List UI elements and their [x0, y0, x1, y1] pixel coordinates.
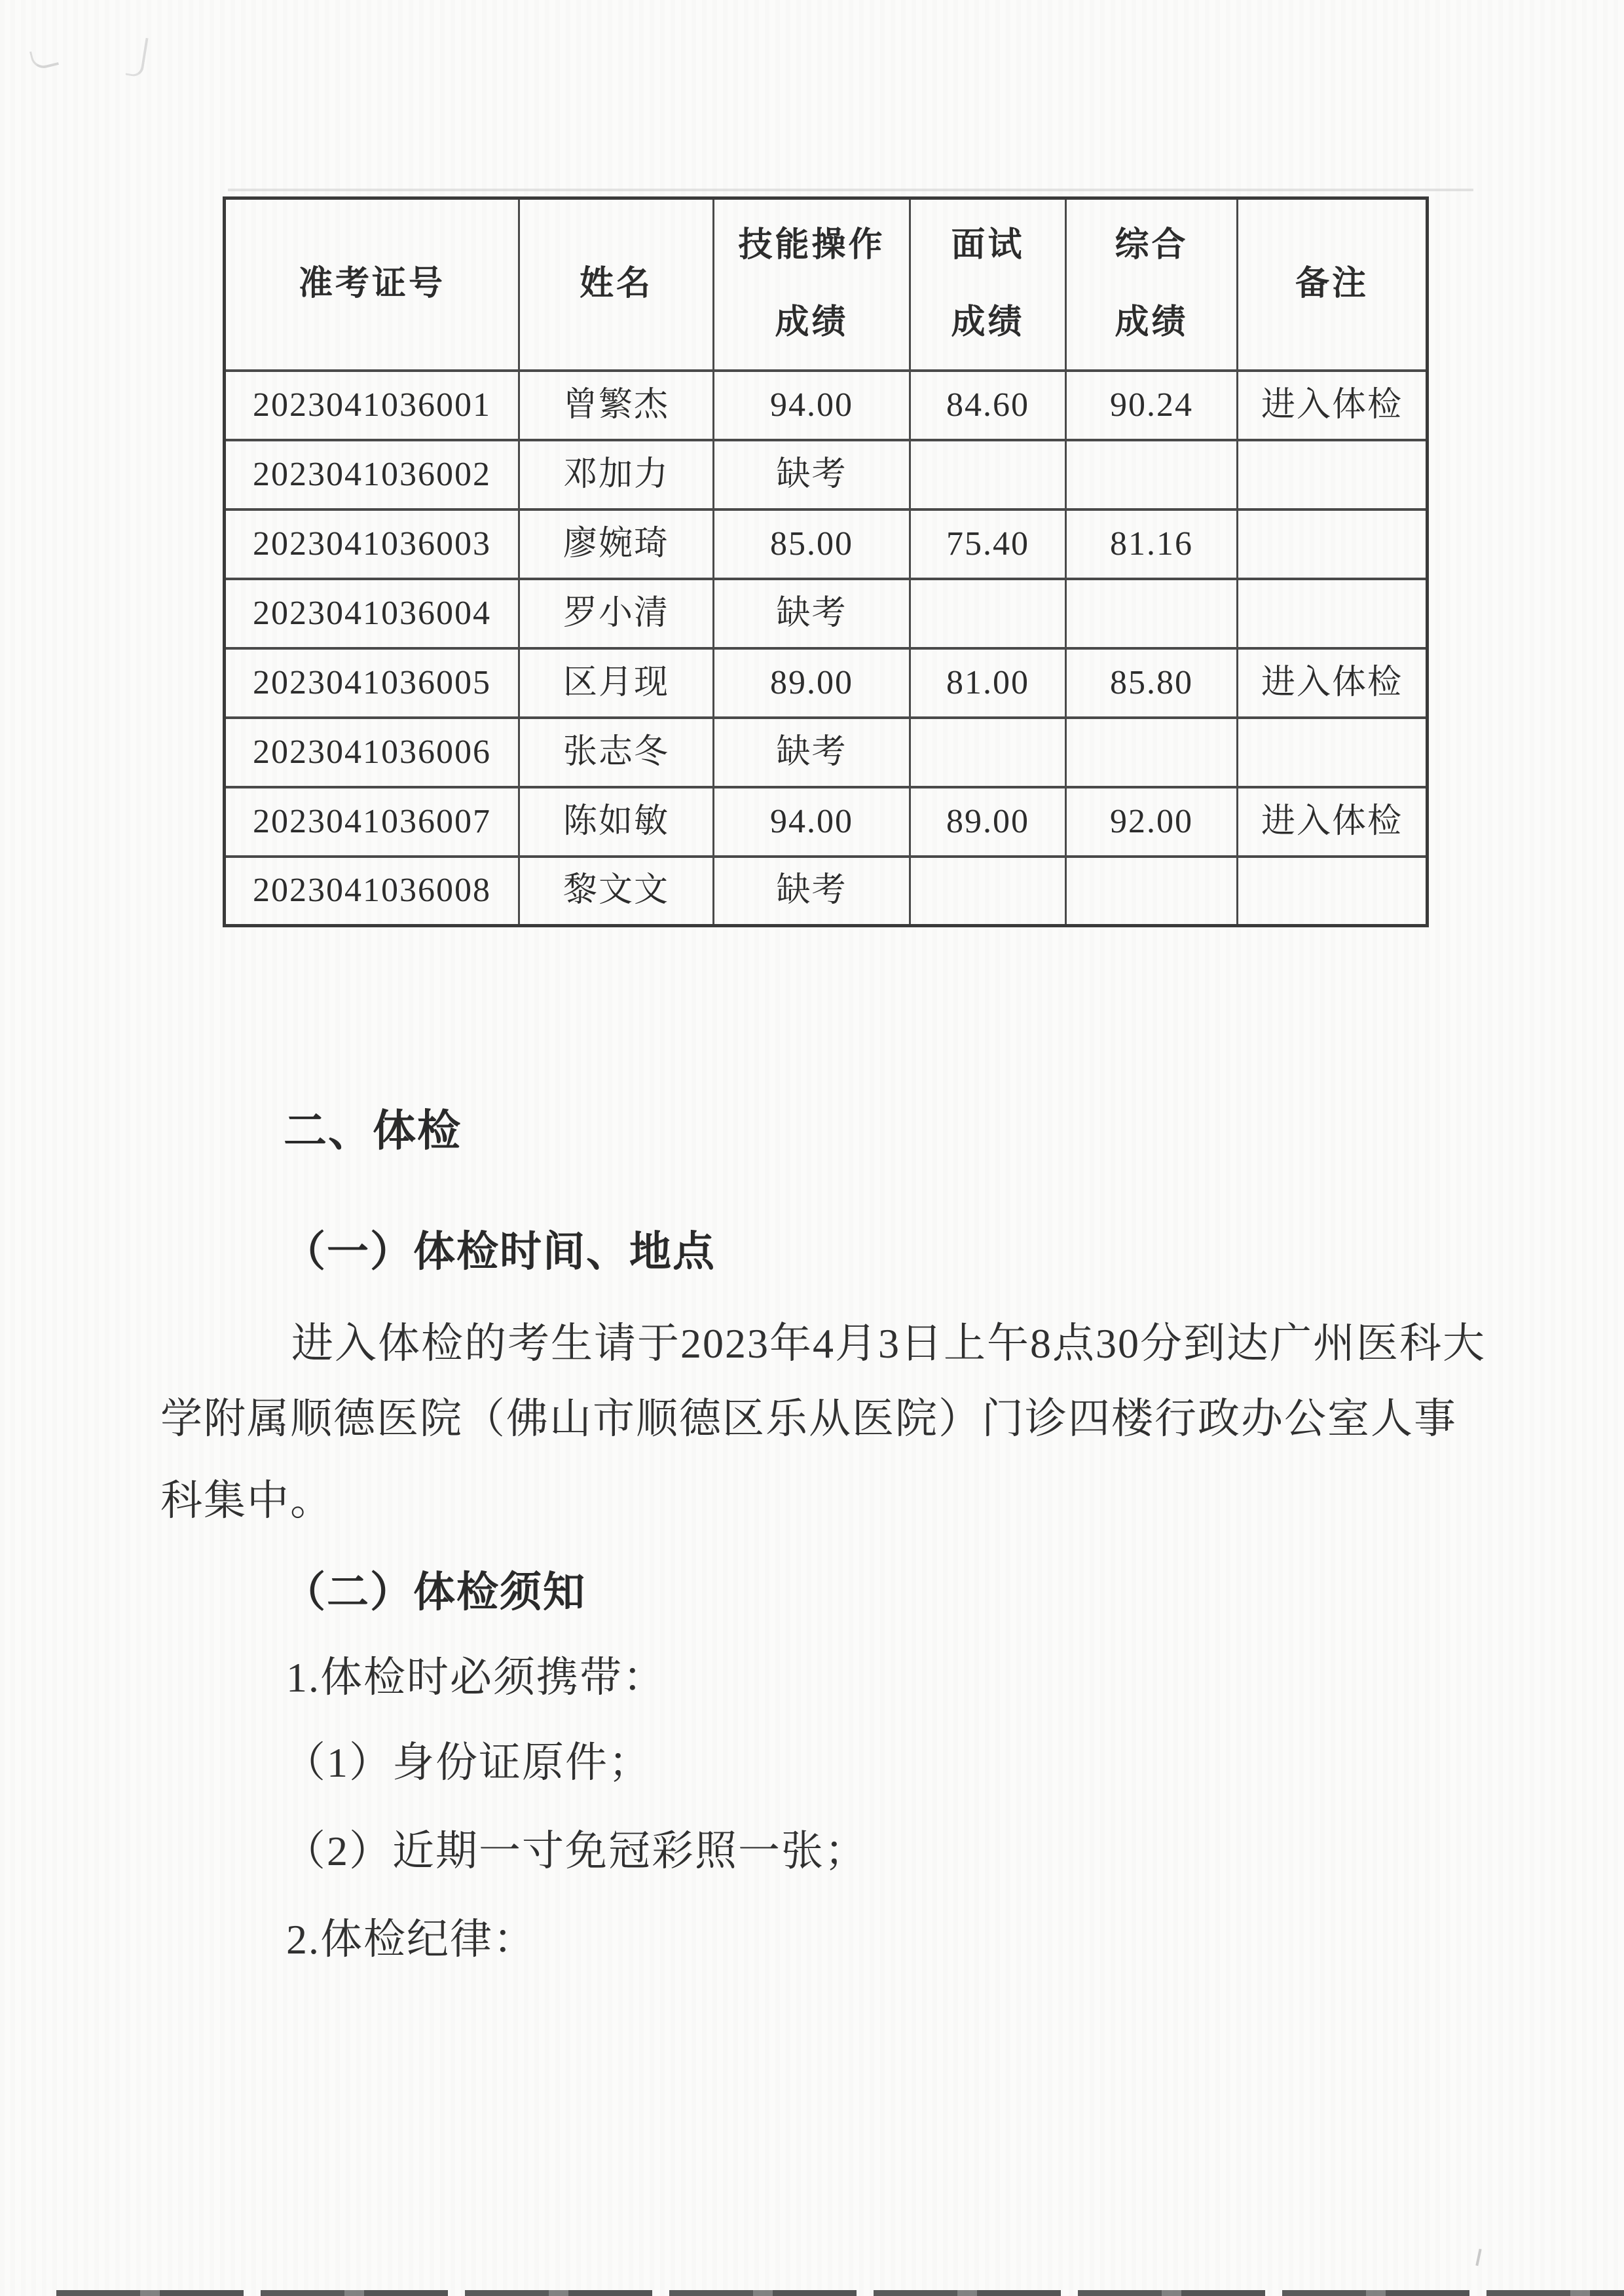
subsection-heading-exam-notice: （二）体检须知 — [284, 1570, 586, 1616]
table-header-row: 准考证号 姓名 技能操作 成绩 面试 成绩 综合 成绩 备注 — [225, 198, 1428, 371]
cell-composite-score: 81.16 — [1066, 509, 1238, 579]
cell-remark — [1238, 509, 1428, 579]
cell-name: 张志冬 — [519, 718, 714, 787]
section-heading-physical-exam: 二、体检 — [284, 1108, 462, 1156]
table-row: 2023041036001 曾繁杰 94.00 84.60 90.24 进入体检 — [225, 371, 1428, 440]
scan-bottom-edge-artifact — [56, 2290, 1624, 2296]
col-header-skill-score: 技能操作 成绩 — [714, 198, 910, 371]
col-header-label-line2: 成绩 — [714, 284, 909, 361]
cell-composite-score — [1066, 718, 1238, 787]
cell-admission-number: 2023041036004 — [225, 579, 519, 648]
cell-skill-score: 89.00 — [714, 648, 910, 718]
cell-name: 罗小清 — [519, 579, 714, 648]
cell-admission-number: 2023041036003 — [225, 509, 519, 579]
table-row: 2023041036007 陈如敏 94.00 89.00 92.00 进入体检 — [225, 787, 1428, 857]
cell-composite-score — [1066, 857, 1238, 926]
cell-interview-score: 81.00 — [910, 648, 1066, 718]
subsection-heading-exam-time-place: （一）体检时间、地点 — [284, 1229, 716, 1275]
cell-name: 区月现 — [519, 648, 714, 718]
table-row: 2023041036006 张志冬 缺考 — [225, 718, 1428, 787]
table-row: 2023041036008 黎文文 缺考 — [225, 857, 1428, 926]
table-row: 2023041036003 廖婉琦 85.00 75.40 81.16 — [225, 509, 1428, 579]
notice-item: 2.体检纪律： — [286, 1917, 536, 1963]
paragraph-line: 进入体检的考生请于2023年4月3日上午8点30分到达广州医科大 — [291, 1321, 1486, 1367]
exam-score-table: 准考证号 姓名 技能操作 成绩 面试 成绩 综合 成绩 备注 2023041 — [223, 196, 1429, 927]
cell-skill-score: 缺考 — [714, 440, 910, 509]
cell-remark — [1238, 440, 1428, 509]
col-header-remark: 备注 — [1238, 198, 1428, 371]
cell-admission-number: 2023041036005 — [225, 648, 519, 718]
col-header-label: 备注 — [1295, 265, 1369, 303]
cell-admission-number: 2023041036006 — [225, 718, 519, 787]
paragraph-line: 学附属顺德医院（佛山市顺德区乐从医院）门诊四楼行政办公室人事 — [160, 1396, 1457, 1442]
scan-smudge-artifact — [125, 35, 148, 77]
cell-name: 曾繁杰 — [519, 371, 714, 440]
col-header-label-line1: 面试 — [911, 207, 1065, 284]
cell-composite-score: 92.00 — [1066, 787, 1238, 857]
cell-skill-score: 94.00 — [714, 371, 910, 440]
cell-skill-score: 缺考 — [714, 857, 910, 926]
cell-composite-score — [1066, 440, 1238, 509]
cell-interview-score: 84.60 — [910, 371, 1066, 440]
cell-remark — [1238, 718, 1428, 787]
col-header-composite-score: 综合 成绩 — [1066, 198, 1238, 371]
cell-remark — [1238, 579, 1428, 648]
table-row: 2023041036005 区月现 89.00 81.00 85.80 进入体检 — [225, 648, 1428, 718]
cell-skill-score: 缺考 — [714, 718, 910, 787]
cell-skill-score: 85.00 — [714, 509, 910, 579]
cell-remark: 进入体检 — [1238, 787, 1428, 857]
notice-item: 1.体检时必须携带： — [286, 1655, 666, 1701]
cell-name: 邓加力 — [519, 440, 714, 509]
col-header-admission-number: 准考证号 — [225, 198, 519, 371]
col-header-interview-score: 面试 成绩 — [910, 198, 1066, 371]
cell-interview-score — [910, 857, 1066, 926]
notice-subitem: （2）近期一寸免冠彩照一张； — [284, 1828, 868, 1874]
col-header-label-line2: 成绩 — [1067, 284, 1236, 361]
cell-interview-score — [910, 718, 1066, 787]
table-row: 2023041036002 邓加力 缺考 — [225, 440, 1428, 509]
table-row: 2023041036004 罗小清 缺考 — [225, 579, 1428, 648]
cell-name: 黎文文 — [519, 857, 714, 926]
cell-interview-score — [910, 579, 1066, 648]
cell-skill-score: 缺考 — [714, 579, 910, 648]
cell-interview-score: 89.00 — [910, 787, 1066, 857]
cell-interview-score — [910, 440, 1066, 509]
cell-composite-score: 90.24 — [1066, 371, 1238, 440]
col-header-label: 准考证号 — [299, 265, 445, 303]
cell-remark: 进入体检 — [1238, 371, 1428, 440]
cell-admission-number: 2023041036007 — [225, 787, 519, 857]
cell-interview-score: 75.40 — [910, 509, 1066, 579]
paragraph-line: 科集中。 — [160, 1478, 333, 1524]
cell-admission-number: 2023041036002 — [225, 440, 519, 509]
col-header-label-line2: 成绩 — [911, 284, 1065, 361]
cell-admission-number: 2023041036008 — [225, 857, 519, 926]
col-header-name: 姓名 — [519, 198, 714, 371]
col-header-label-line1: 技能操作 — [714, 207, 909, 284]
scan-tick-artifact — [1475, 2249, 1481, 2266]
cell-remark: 进入体检 — [1238, 648, 1428, 718]
col-header-label: 姓名 — [580, 265, 653, 303]
col-header-label-line1: 综合 — [1067, 207, 1236, 284]
cell-name: 廖婉琦 — [519, 509, 714, 579]
scan-smudge-artifact — [29, 46, 59, 71]
notice-subitem: （1）身份证原件； — [284, 1740, 652, 1786]
cell-skill-score: 94.00 — [714, 787, 910, 857]
cell-admission-number: 2023041036001 — [225, 371, 519, 440]
cell-name: 陈如敏 — [519, 787, 714, 857]
scanned-document-page: 准考证号 姓名 技能操作 成绩 面试 成绩 综合 成绩 备注 2023041 — [0, 0, 1624, 2296]
cell-remark — [1238, 857, 1428, 926]
cell-composite-score — [1066, 579, 1238, 648]
cell-composite-score: 85.80 — [1066, 648, 1238, 718]
scan-line-artifact — [228, 189, 1473, 191]
